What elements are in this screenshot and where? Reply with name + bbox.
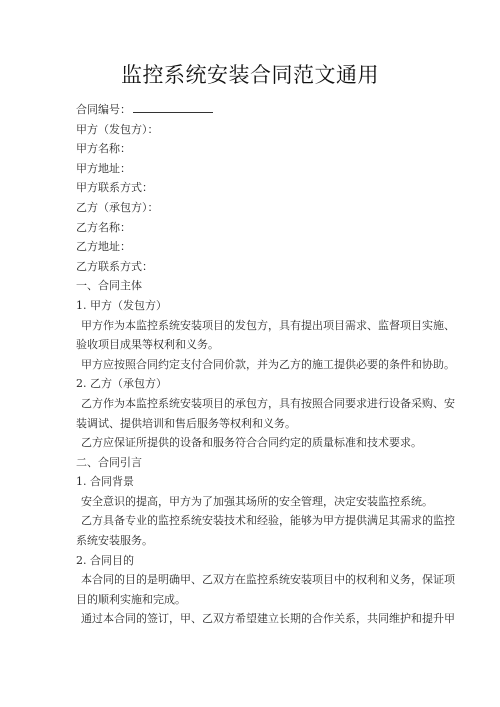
- party-b-address-field: 乙方地址：: [76, 237, 426, 257]
- paragraph-line: 系统安装服务。: [76, 531, 426, 551]
- party-a-address-field: 甲方地址：: [76, 159, 426, 179]
- party-b-name-field: 乙方名称：: [76, 218, 426, 238]
- party-a-contact-field: 甲方联系方式：: [76, 178, 426, 198]
- subsection-purpose: 2. 合同目的: [76, 551, 426, 571]
- paragraph-line: 目的顺利实施和完成。: [76, 590, 426, 610]
- party-a-heading: 甲方（发包方）：: [76, 120, 426, 140]
- subsection-background: 1. 合同背景: [76, 472, 426, 492]
- paragraph-line: 甲方应按照合同约定支付合同价款，并为乙方的施工提供必要的条件和协助。: [76, 355, 426, 375]
- party-b-contact-field: 乙方联系方式：: [76, 257, 426, 277]
- paragraph-line: 安全意识的提高，甲方为了加强其场所的安全管理，决定安装监控系统。: [76, 492, 426, 512]
- paragraph-line: 乙方具备专业的监控系统安装技术和经验，能够为甲方提供满足其需求的监控: [76, 511, 426, 531]
- subsection-party-a: 1. 甲方（发包方）: [76, 296, 426, 316]
- document-page: 监控系统安装合同范文通用 合同编号： 甲方（发包方）： 甲方名称： 甲方地址： …: [0, 0, 500, 707]
- document-body: 合同编号： 甲方（发包方）： 甲方名称： 甲方地址： 甲方联系方式： 乙方（承包…: [76, 100, 426, 629]
- paragraph-line: 装调试、提供培训和售后服务等权利和义务。: [76, 414, 426, 434]
- subsection-party-b: 2. 乙方（承包方）: [76, 374, 426, 394]
- party-b-heading: 乙方（承包方）：: [76, 198, 426, 218]
- contract-number-field: 合同编号：: [76, 100, 426, 120]
- document-title: 监控系统安装合同范文通用: [0, 60, 500, 90]
- section-heading-contract-parties: 一、合同主体: [76, 276, 426, 296]
- paragraph-line: 本合同的目的是明确甲、乙双方在监控系统安装项目中的权利和义务，保证项: [76, 570, 426, 590]
- section-heading-introduction: 二、合同引言: [76, 453, 426, 473]
- paragraph-line: 乙方作为本监控系统安装项目的承包方，具有按照合同要求进行设备采购、安: [76, 394, 426, 414]
- paragraph-line: 乙方应保证所提供的设备和服务符合合同约定的质量标准和技术要求。: [76, 433, 426, 453]
- field-label: 合同编号：: [76, 103, 131, 116]
- paragraph-line: 验收项目成果等权利和义务。: [76, 335, 426, 355]
- paragraph-line: 通过本合同的签订，甲、乙双方希望建立长期的合作关系，共同维护和提升甲: [76, 609, 426, 629]
- party-a-name-field: 甲方名称：: [76, 139, 426, 159]
- contract-number-blank: [133, 102, 213, 113]
- paragraph-line: 甲方作为本监控系统安装项目的发包方，具有提出项目需求、监督项目实施、: [76, 316, 426, 336]
